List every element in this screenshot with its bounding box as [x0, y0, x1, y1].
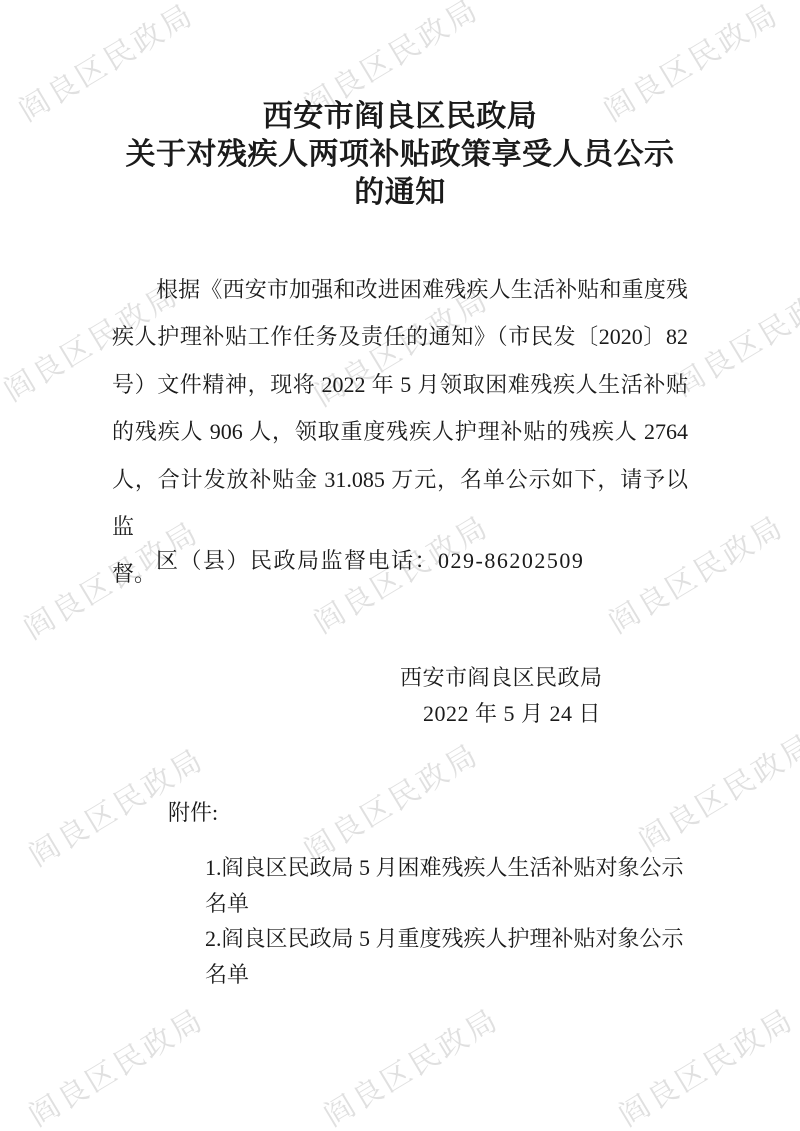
- attachment-item-line: 名单: [205, 957, 705, 993]
- attachment-item-line: 1.阎良区民政局 5 月困难残疾人生活补贴对象公示: [205, 850, 705, 886]
- attachment-list: 1.阎良区民政局 5 月困难残疾人生活补贴对象公示 名单 2.阎良区民政局 5 …: [205, 850, 705, 992]
- document-content: 西安市阎良区民政局 关于对残疾人两项补贴政策享受人员公示 的通知 根据《西安市加…: [0, 0, 800, 1131]
- attachment-label: 附件:: [168, 799, 218, 827]
- body-line: 号）文件精神，现将 2022 年 5 月领取困难残疾人生活补贴: [112, 361, 688, 408]
- signature-organization: 西安市阎良区民政局: [400, 663, 603, 693]
- attachment-item-line: 名单: [205, 886, 705, 922]
- body-line: 的残疾人 906 人，领取重度残疾人护理补贴的残疾人 2764: [112, 408, 688, 455]
- attachment-item-line: 2.阎良区民政局 5 月重度残疾人护理补贴对象公示: [205, 921, 705, 957]
- body-line: 疾人护理补贴工作任务及责任的通知》（市民发〔2020〕82: [112, 313, 688, 360]
- supervision-phone-line: 区（县）民政局监督电话：029-86202509: [156, 544, 584, 578]
- title-line-3: 的通知: [0, 174, 800, 212]
- body-line: 人，合计发放补贴金 31.085 万元，名单公示如下，请予以监: [112, 456, 688, 551]
- document-title: 西安市阎良区民政局 关于对残疾人两项补贴政策享受人员公示 的通知: [0, 98, 800, 212]
- body-line: 根据《西安市加强和改进困难残疾人生活补贴和重度残: [112, 266, 688, 313]
- title-line-1: 西安市阎良区民政局: [0, 98, 800, 136]
- title-line-2: 关于对残疾人两项补贴政策享受人员公示: [0, 136, 800, 174]
- signature-date: 2022 年 5 月 24 日: [423, 699, 601, 729]
- document-page: 阎良区民政局阎良区民政局阎良区民政局阎良区民政局阎良区民政局阎良区民政局阎良区民…: [0, 0, 800, 1131]
